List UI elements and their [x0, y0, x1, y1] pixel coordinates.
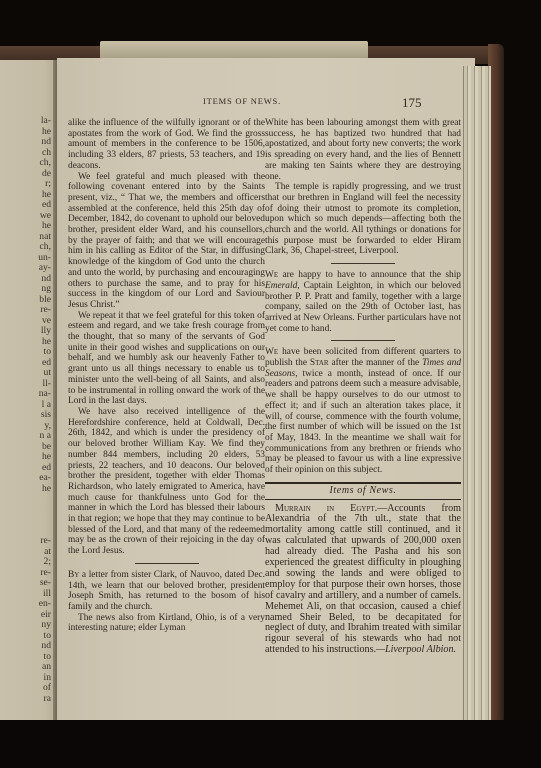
- text-fragment: of: [11, 683, 51, 694]
- divider: [331, 263, 395, 264]
- background: [0, 720, 541, 768]
- text-fragment: re-: [11, 536, 51, 547]
- text-fragment: he: [11, 452, 51, 463]
- paragraph: We repeat it that we feel grateful for t…: [68, 311, 265, 407]
- text-fragment: re-: [11, 305, 51, 316]
- paragraph-kirtland: The news also from Kirtland, Ohio, is of…: [68, 613, 265, 634]
- paragraph-emerald: We are happy to have to announce that th…: [265, 270, 461, 334]
- text-fragment: n a: [11, 431, 51, 442]
- text-fragment: ny: [11, 620, 51, 631]
- divider: [331, 340, 395, 341]
- paper-strip: [100, 41, 368, 59]
- text-fragment: ay-: [11, 263, 51, 274]
- divider: [135, 563, 199, 564]
- text-fragment: nd: [11, 137, 51, 148]
- paragraph-star: We have been solicited from different qu…: [265, 347, 461, 475]
- text-fragment: he: [11, 221, 51, 232]
- paragraph-covenant: We feel grateful and much pleased with t…: [68, 172, 265, 311]
- text-fragment: ng: [11, 284, 51, 295]
- running-head: ITEMS OF NEWS.: [57, 96, 427, 106]
- section-rule: [265, 499, 461, 500]
- text-fragment: [11, 505, 51, 516]
- text-fragment: ut: [11, 368, 51, 379]
- text-fragment: la-: [11, 116, 51, 127]
- text-fragment: he: [11, 484, 51, 495]
- text-fragment: r;: [11, 179, 51, 190]
- lead-word: By: [68, 570, 79, 580]
- paragraph: White has been labouring amongst them wi…: [265, 118, 461, 182]
- text-fragment: se-: [11, 578, 51, 589]
- text-fragment: [11, 515, 51, 526]
- text-fragment: na-: [11, 389, 51, 400]
- text-fragment: ea-: [11, 473, 51, 484]
- section-rule: [265, 482, 461, 484]
- text-fragment: ch,: [11, 242, 51, 253]
- text-fragment: to: [11, 347, 51, 358]
- text-fragment: [11, 494, 51, 505]
- text-fragment: en-: [11, 599, 51, 610]
- text-fragment: lly: [11, 326, 51, 337]
- text-fragment: 2;: [11, 557, 51, 568]
- text-fragment: sis: [11, 410, 51, 421]
- page-edges: [463, 66, 491, 722]
- page-number: 175: [402, 95, 422, 111]
- text-fragment: nd: [11, 641, 51, 652]
- paragraph-egypt: Murrain in Egypt.—Accounts from Alexandr…: [265, 504, 461, 657]
- paragraph-herefordshire: We have also received intelligence of th…: [68, 407, 265, 557]
- paragraph-nauvoo: By a letter from sister Clark, of Nauvoo…: [68, 570, 265, 613]
- paragraph-temple: The temple is rapidly progressing, and w…: [265, 182, 461, 257]
- text-fragment: an: [11, 662, 51, 673]
- left-page: la-hendchch,der;heedwehenatch,un-ay-ndng…: [0, 60, 55, 720]
- paragraph: alike the influence of the wilfully igno…: [68, 118, 265, 172]
- text-fragment: ed: [11, 200, 51, 211]
- left-page-text-fragments: la-hendchch,der;heedwehenatch,un-ay-ndng…: [11, 116, 51, 704]
- text-fragment: ch,: [11, 158, 51, 169]
- right-column: White has been labouring amongst them wi…: [265, 118, 461, 656]
- text-fragment: ra: [11, 694, 51, 705]
- section-title: Items of News.: [265, 486, 461, 497]
- left-column: alike the influence of the wilfully igno…: [68, 118, 265, 634]
